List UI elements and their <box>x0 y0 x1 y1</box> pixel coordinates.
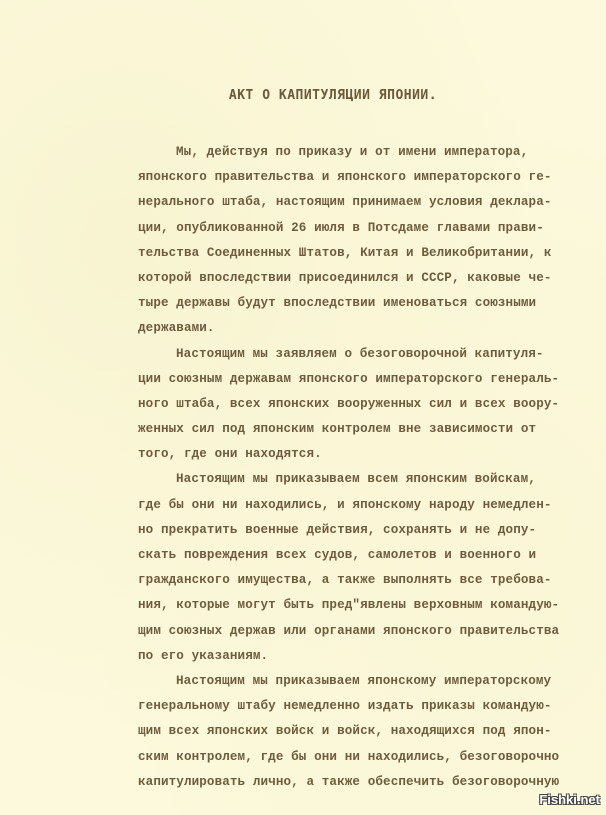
text-line: японского правительства и японского импе… <box>138 165 598 190</box>
text-line: Настоящим мы приказываем японскому импер… <box>138 669 598 694</box>
document-title: АКТ О КАПИТУЛЯЦИИ ЯПОНИИ. <box>0 88 606 103</box>
text-line: гражданского имущества, а также выполнят… <box>138 568 598 593</box>
document-body: Мы, действуя по приказу и от имени импер… <box>138 140 598 795</box>
text-line: Настоящим мы приказываем всем японским в… <box>138 467 598 492</box>
text-line: тыре державы будут впоследствии именоват… <box>138 291 598 316</box>
text-line: по его указаниям. <box>138 644 598 669</box>
text-line: ции союзным державам японского император… <box>138 367 598 392</box>
text-line: скать повреждения всех судов, самолетов … <box>138 543 598 568</box>
document-page: АКТ О КАПИТУЛЯЦИИ ЯПОНИИ. Мы, действуя п… <box>0 0 606 815</box>
text-line: ния, которые могут быть пред"явлены верх… <box>138 593 598 618</box>
text-line: капитулировать лично, а также обеспечить… <box>138 770 598 795</box>
paragraph: Мы, действуя по приказу и от имени импер… <box>138 140 598 342</box>
text-line: ного штаба, всех японских вооруженных си… <box>138 392 598 417</box>
text-line: женных сил под японским контролем вне за… <box>138 417 598 442</box>
text-line: державами. <box>138 316 598 341</box>
text-line: Настоящим мы заявляем о безоговорочной к… <box>138 342 598 367</box>
text-line: щим союзных держав или органами японског… <box>138 619 598 644</box>
paragraph: Настоящим мы приказываем японскому импер… <box>138 669 598 795</box>
text-line: щим всех японских войск и войск, находящ… <box>138 719 598 744</box>
text-line: но прекратить военные действия, сохранят… <box>138 518 598 543</box>
text-line: генеральному штабу немедленно издать при… <box>138 694 598 719</box>
text-line: ским контролем, где бы они ни находились… <box>138 745 598 770</box>
text-line: Мы, действуя по приказу и от имени импер… <box>138 140 598 165</box>
text-line: ции, опубликованной 26 июля в Потсдаме г… <box>138 216 598 241</box>
paragraph: Настоящим мы приказываем всем японским в… <box>138 467 598 669</box>
watermark: Fishki.net <box>539 792 600 807</box>
paragraph: Настоящим мы заявляем о безоговорочной к… <box>138 342 598 468</box>
text-line: нерального штаба, настоящим принимаем ус… <box>138 190 598 215</box>
text-line: тельства Соединенных Штатов, Китая и Вел… <box>138 241 598 266</box>
text-line: где бы они ни находились, и японскому на… <box>138 493 598 518</box>
text-line: которой впоследствии присоединился и ССС… <box>138 266 598 291</box>
text-line: того, где они находятся. <box>138 442 598 467</box>
